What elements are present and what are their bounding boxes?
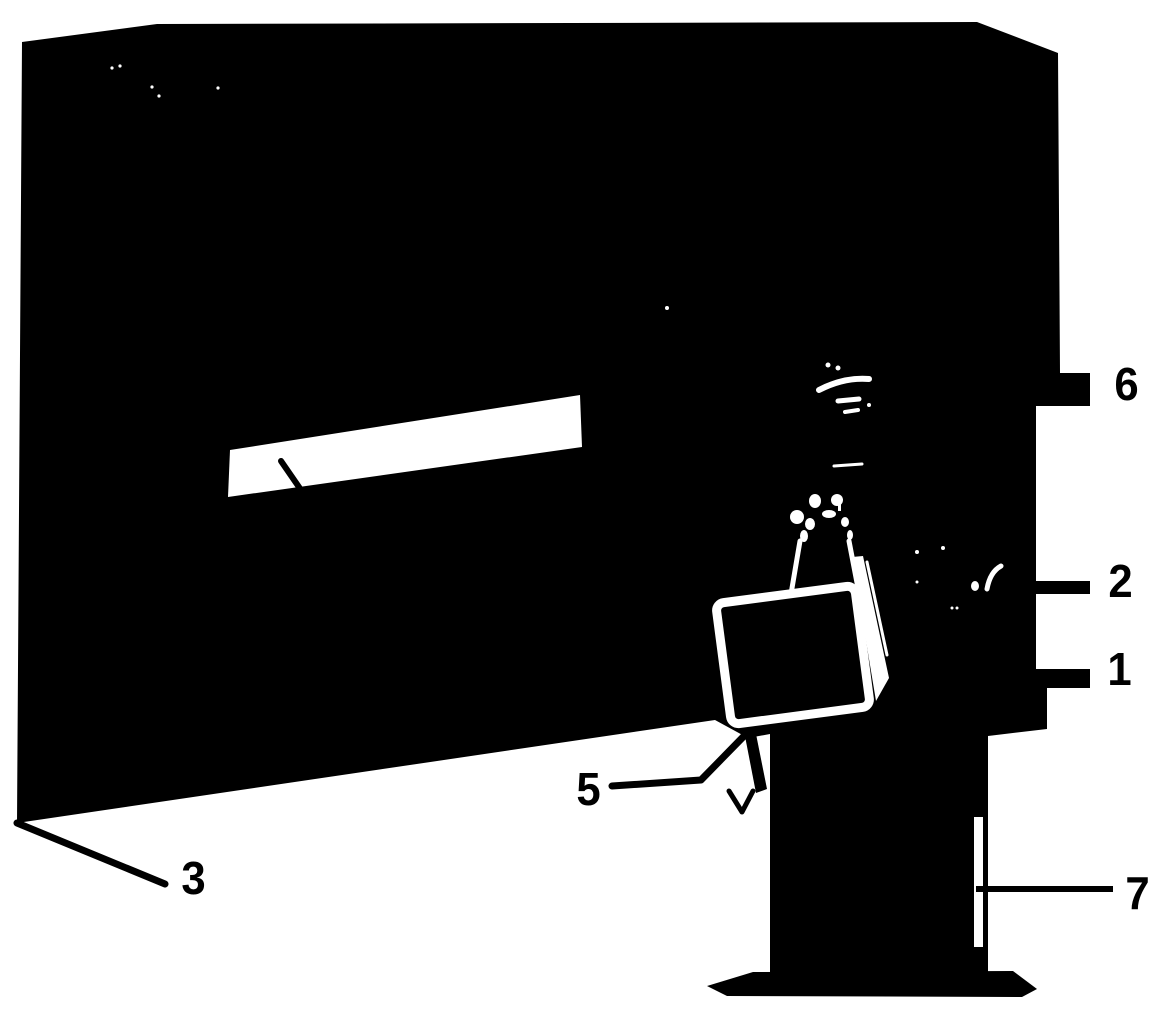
bracket-blob-5 (822, 510, 836, 518)
arm-highlight-stroke-2 (845, 410, 858, 412)
stand-base (707, 971, 1037, 997)
stand-column-highlight (974, 817, 983, 947)
arm-speck-1 (826, 363, 831, 368)
figure-page: 1 2 3 5 6 7 (0, 0, 1159, 1016)
bracket-dash (838, 502, 841, 511)
callout-label-2: 2 (1101, 558, 1139, 604)
callout-label-1: 1 (1100, 646, 1138, 692)
arm-highlight-stroke-1 (838, 399, 859, 401)
arm-speck-2 (836, 366, 841, 371)
bracket-blob-8 (847, 530, 853, 540)
bracket-blob-6 (841, 517, 849, 527)
arm-speck-3 (867, 403, 871, 407)
bracket-blob-4 (805, 518, 815, 530)
display-panel-frame (716, 585, 871, 724)
side-highlight-blob (971, 581, 979, 591)
bracket-blob-1 (809, 494, 821, 508)
stand-column (770, 733, 988, 973)
arm-highlight-line (834, 464, 862, 466)
callout-label-7: 7 (1118, 870, 1156, 916)
bracket-blob-3 (790, 510, 804, 524)
bracket-blob-2 (831, 494, 843, 506)
callout-label-6: 6 (1107, 361, 1145, 407)
callout-label-5: 5 (569, 766, 607, 812)
callout-label-3: 3 (174, 855, 212, 901)
display-panel (716, 585, 871, 724)
